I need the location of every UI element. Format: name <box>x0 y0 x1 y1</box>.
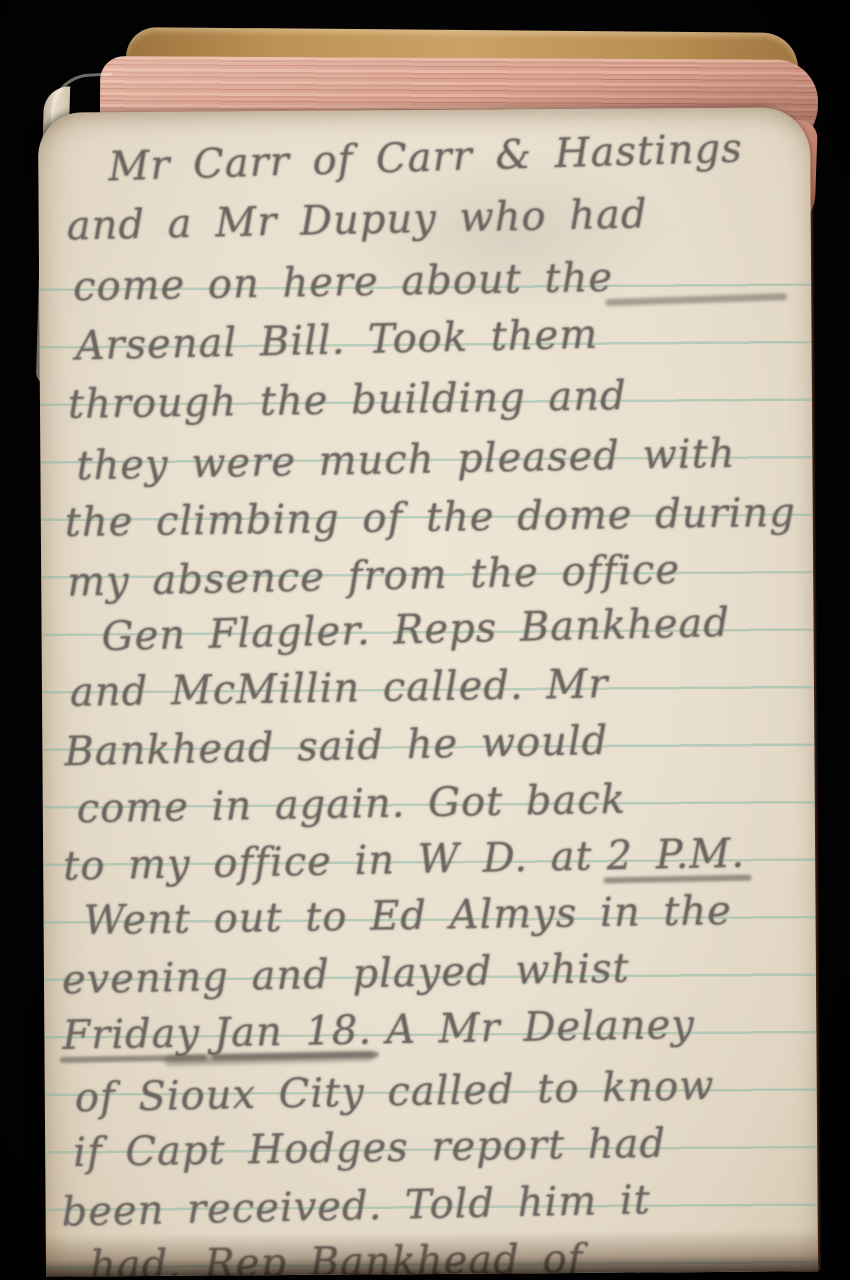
handwritten-line: through the building and <box>68 376 627 425</box>
underlined-day: Friday <box>62 1014 200 1056</box>
handwritten-line: come in again. Got back <box>76 780 626 830</box>
handwritten-line: to my office in W D. at2 P.M. <box>63 833 759 886</box>
handwritten-line: and a Mr Dupuy who had <box>66 194 648 246</box>
handwritten-line: Mr Carr of Carr & Hastings <box>108 129 743 188</box>
handwritten-text: A Mr Delaney <box>386 1002 696 1053</box>
page-bottom-shadow <box>46 1229 818 1276</box>
handwritten-date-line: FridayJan 18.A Mr Delaney <box>62 1005 709 1056</box>
handwritten-line: of Sioux City called to know <box>74 1066 714 1118</box>
notebook-page: Mr Carr of Carr & Hastings and a Mr Dupu… <box>38 107 818 1276</box>
handwritten-line: and McMillin called. Mr <box>70 664 609 712</box>
handwritten-line: the climbing of the dome during <box>65 493 797 543</box>
underlined-date: Jan 18. <box>214 1011 373 1054</box>
handwritten-line: been received. Told him it <box>61 1180 651 1232</box>
handwritten-line: come on here about the <box>73 258 614 307</box>
handwritten-line: Went out to Ed Almys in the <box>83 891 732 941</box>
underlined-time: 2 P.M. <box>606 834 745 877</box>
handwritten-line: my absence from the office <box>67 550 681 603</box>
photo-background: Mr Carr of Carr & Hastings and a Mr Dupu… <box>0 0 850 1280</box>
handwritten-line: Bankhead said he would <box>64 721 609 772</box>
handwritten-line: evening and played whist <box>62 949 630 1001</box>
handwritten-line: Arsenal Bill. Took them <box>75 315 598 367</box>
handwritten-line: they were much pleased with <box>76 434 736 487</box>
handwritten-line: if Capt Hodges report had <box>73 1124 666 1173</box>
